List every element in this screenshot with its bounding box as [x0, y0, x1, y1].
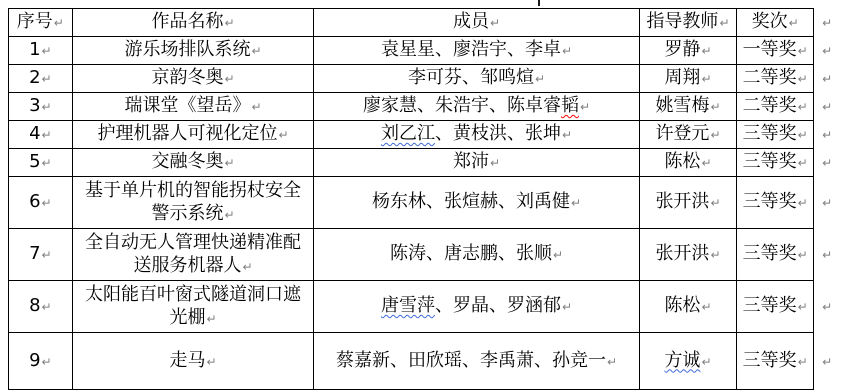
end-of-cell-mark: ↵: [224, 208, 234, 222]
cell-teacher-text: 姚雪梅: [655, 95, 709, 116]
end-of-row-cell: ↵: [814, 121, 842, 149]
cell-no[interactable]: 1↵: [9, 37, 73, 65]
text-segment: 1: [29, 39, 40, 60]
header-label-teacher: 指导教师: [646, 11, 718, 32]
end-of-cell-mark: ↵: [789, 16, 799, 30]
cell-teacher[interactable]: 方诚↵: [639, 333, 737, 390]
end-of-row-mark: ↵: [822, 128, 832, 142]
cell-no-text: 6: [29, 191, 40, 212]
end-of-cell-mark: ↵: [580, 100, 590, 114]
end-of-row-mark: ↵: [822, 44, 832, 58]
end-of-cell-mark: ↵: [798, 156, 808, 170]
text-segment: 走马: [169, 350, 205, 371]
text-segment: 张开洪: [655, 191, 709, 212]
text-segment: 陈涛、唐志鹏、张顺: [390, 243, 552, 264]
cell-title[interactable]: 全自动无人管理快递精准配 送服务机器人↵: [72, 229, 314, 281]
end-of-cell-mark: ↵: [562, 128, 572, 142]
end-of-cell-mark: ↵: [42, 248, 52, 262]
table-row: 2↵京韵冬奥↵李可芬、邹鸣煊↵周翔↵二等奖↵↵: [9, 65, 842, 93]
end-of-cell-mark: ↵: [719, 16, 729, 30]
table-row: 5↵交融冬奥↵郑沛↵陈松↵三等奖↵↵: [9, 149, 842, 177]
cell-teacher[interactable]: 陈松↵: [639, 281, 737, 333]
end-of-cell-mark: ↵: [701, 72, 711, 86]
cell-teacher[interactable]: 周翔↵: [639, 65, 737, 93]
cell-members-text: 袁星星、廖浩宇、李卓: [381, 39, 561, 60]
end-of-row-cell: ↵: [814, 333, 842, 390]
end-of-cell-mark: ↵: [562, 44, 572, 58]
text-segment: 交融冬奥: [151, 151, 223, 172]
end-of-cell-mark: ↵: [42, 156, 52, 170]
table-row: 7↵全自动无人管理快递精准配 送服务机器人↵陈涛、唐志鹏、张顺↵张开洪↵三等奖↵…: [9, 229, 842, 281]
cell-title-text: 护理机器人可视化定位: [97, 123, 277, 144]
end-of-cell-mark: ↵: [278, 128, 288, 142]
cell-award[interactable]: 二等奖↵: [737, 65, 814, 93]
end-of-row-mark: ↵: [822, 248, 832, 262]
cell-title[interactable]: 太阳能百叶窗式隧道洞口遮 光棚↵: [72, 281, 314, 333]
cell-teacher[interactable]: 张开洪↵: [639, 177, 737, 229]
cell-award-text: 三等奖: [743, 350, 797, 371]
header-cell-teacher[interactable]: 指导教师↵: [639, 9, 737, 37]
cell-teacher-text: 陈松: [664, 151, 700, 172]
end-of-cell-mark: ↵: [798, 248, 808, 262]
grammar-underline: 方诚: [664, 350, 700, 371]
cell-no-text: 8: [29, 295, 40, 316]
end-of-cell-mark: ↵: [42, 72, 52, 86]
cell-members[interactable]: 李可芬、邹鸣煊↵: [314, 65, 639, 93]
cell-members[interactable]: 杨东林、张煊赫、刘禹健↵: [314, 177, 639, 229]
end-of-row-mark: ↵: [822, 100, 832, 114]
text-segment: 、黄枝洪、张坤: [435, 123, 561, 144]
cell-title[interactable]: 游乐场排队系统↵: [72, 37, 314, 65]
cell-no[interactable]: 2↵: [9, 65, 73, 93]
end-of-cell-mark: ↵: [42, 355, 52, 369]
end-of-cell-mark: ↵: [224, 16, 234, 30]
table-row: 1↵游乐场排队系统↵袁星星、廖浩宇、李卓↵罗静↵一等奖↵↵: [9, 37, 842, 65]
text-segment: 京韵冬奥: [151, 67, 223, 88]
cell-members-text: 杨东林、张煊赫、刘禹健: [372, 191, 570, 212]
end-of-cell-mark: ↵: [251, 44, 261, 58]
text-segment: 张开洪: [655, 243, 709, 264]
text-segment: 郑沛: [453, 151, 489, 172]
text-segment: 蔡嘉新、田欣瑶、李禹萧、孙竞一: [336, 350, 606, 371]
table-row: 4↵护理机器人可视化定位↵刘乙江、黄枝洪、张坤↵许登元↵三等奖↵↵: [9, 121, 842, 149]
cell-teacher-text: 陈松: [664, 295, 700, 316]
text-segment: 游乐场排队系统: [124, 39, 250, 60]
cell-title[interactable]: 京韵冬奥↵: [72, 65, 314, 93]
cell-title-text: 太阳能百叶窗式隧道洞口遮 光棚: [85, 284, 301, 328]
end-of-cell-mark: ↵: [42, 128, 52, 142]
text-segment: 、罗晶、罗涵郁: [435, 295, 561, 316]
grammar-underline: 唐雪萍: [381, 295, 435, 316]
end-of-row-mark: ↵: [822, 72, 832, 86]
spelling-underline: 韬: [561, 95, 579, 116]
text-segment: 三等奖: [743, 243, 797, 264]
end-of-cell-mark: ↵: [206, 312, 216, 326]
cell-no-text: 1: [29, 39, 40, 60]
text-segment: 李可芬、邹鸣煊: [408, 67, 534, 88]
cell-award[interactable]: 三等奖↵: [737, 121, 814, 149]
table-row: 6↵基于单片机的智能拐杖安全 警示系统↵杨东林、张煊赫、刘禹健↵张开洪↵三等奖↵…: [9, 177, 842, 229]
end-of-cell-mark: ↵: [42, 300, 52, 314]
cell-members-text: 陈涛、唐志鹏、张顺: [390, 243, 552, 264]
end-of-cell-mark: ↵: [710, 128, 720, 142]
text-segment: 三等奖: [743, 191, 797, 212]
text-segment: 基于单片机的智能拐杖安全 警示系统: [85, 180, 301, 224]
cell-no[interactable]: 8↵: [9, 281, 73, 333]
end-of-cell-mark: ↵: [571, 196, 581, 210]
cell-title-text: 交融冬奥: [151, 151, 223, 172]
cell-award-text: 三等奖: [743, 123, 797, 144]
text-segment: 周翔: [664, 67, 700, 88]
end-of-row-cell: ↵: [814, 149, 842, 177]
end-of-row-mark: ↵: [822, 16, 832, 30]
header-cell-title[interactable]: 作品名称↵: [72, 9, 314, 37]
end-of-cell-mark: ↵: [701, 300, 711, 314]
cell-members[interactable]: 唐雪萍、罗晶、罗涵郁↵: [314, 281, 639, 333]
end-of-cell-mark: ↵: [553, 248, 563, 262]
cell-no[interactable]: 6↵: [9, 177, 73, 229]
text-segment: 8: [29, 295, 40, 316]
text-segment: 2: [29, 67, 40, 88]
end-of-row-cell: ↵: [814, 65, 842, 93]
cell-teacher-text: 罗静: [664, 39, 700, 60]
cell-title-text: 游乐场排队系统: [124, 39, 250, 60]
end-of-cell-mark: ↵: [798, 128, 808, 142]
text-caret: [538, 0, 540, 6]
end-of-cell-mark: ↵: [490, 16, 500, 30]
cell-teacher-text: 方诚: [664, 350, 700, 371]
cell-members[interactable]: 陈涛、唐志鹏、张顺↵: [314, 229, 639, 281]
text-segment: 三等奖: [743, 123, 797, 144]
header-label-award: 奖次: [752, 11, 788, 32]
cell-title-text: 全自动无人管理快递精准配 送服务机器人: [85, 232, 301, 276]
end-of-cell-mark: ↵: [42, 100, 52, 114]
cell-members-text: 郑沛: [453, 151, 489, 172]
end-of-cell-mark: ↵: [798, 100, 808, 114]
cell-teacher-text: 张开洪: [655, 191, 709, 212]
text-segment: 6: [29, 191, 40, 212]
end-of-cell-mark: ↵: [710, 248, 720, 262]
text-segment: 一等奖: [743, 39, 797, 60]
end-of-row-cell: ↵: [814, 229, 842, 281]
end-of-cell-mark: ↵: [701, 355, 711, 369]
end-of-cell-mark: ↵: [798, 355, 808, 369]
end-of-row-mark: ↵: [822, 156, 832, 170]
cell-teacher-text: 张开洪: [655, 243, 709, 264]
cell-title-text: 基于单片机的智能拐杖安全 警示系统: [85, 180, 301, 224]
cell-award-text: 二等奖: [743, 67, 797, 88]
text-segment: 杨东林、张煊赫、刘禹健: [372, 191, 570, 212]
table-header-row: 序号↵ 作品名称↵ 成员↵ 指导教师↵ 奖次↵ ↵: [9, 9, 842, 37]
end-of-cell-mark: ↵: [224, 156, 234, 170]
text-segment: 9: [29, 350, 40, 371]
text-segment: 二等奖: [743, 95, 797, 116]
text-segment: 3: [29, 95, 40, 116]
end-of-cell-mark: ↵: [490, 156, 500, 170]
cell-title[interactable]: 交融冬奥↵: [72, 149, 314, 177]
cell-no-text: 7: [29, 243, 40, 264]
end-of-row-mark: ↵: [822, 300, 832, 314]
cell-title[interactable]: 护理机器人可视化定位↵: [72, 121, 314, 149]
header-cell-award[interactable]: 奖次↵: [737, 9, 814, 37]
text-segment: 护理机器人可视化定位: [97, 123, 277, 144]
cell-members[interactable]: 袁星星、廖浩宇、李卓↵: [314, 37, 639, 65]
cell-no[interactable]: 9↵: [9, 333, 73, 390]
cell-title[interactable]: 走马↵: [72, 333, 314, 390]
header-cell-no[interactable]: 序号↵: [9, 9, 73, 37]
document-page: 序号↵ 作品名称↵ 成员↵ 指导教师↵ 奖次↵ ↵ 1↵游乐场排队系统: [0, 0, 842, 392]
cell-award[interactable]: 一等奖↵: [737, 37, 814, 65]
cell-no[interactable]: 7↵: [9, 229, 73, 281]
end-of-row-mark: ↵: [822, 355, 832, 369]
text-segment: 4: [29, 123, 40, 144]
cell-title[interactable]: 瑞课堂《望岳》↵: [72, 93, 314, 121]
text-segment: 全自动无人管理快递精准配 送服务机器人: [85, 232, 301, 276]
cell-members-text: 蔡嘉新、田欣瑶、李禹萧、孙竞一: [336, 350, 606, 371]
cell-members-text: 李可芬、邹鸣煊: [408, 67, 534, 88]
end-of-cell-mark: ↵: [607, 355, 617, 369]
text-segment: 廖家慧、朱浩宇、陈卓睿: [363, 95, 561, 116]
cell-award[interactable]: 二等奖↵: [737, 93, 814, 121]
text-segment: 袁星星、廖浩宇、李卓: [381, 39, 561, 60]
end-of-cell-mark: ↵: [798, 44, 808, 58]
cell-teacher[interactable]: 许登元↵: [639, 121, 737, 149]
cell-members-text: 廖家慧、朱浩宇、陈卓睿韬: [363, 95, 579, 116]
cell-members-text: 刘乙江、黄枝洪、张坤: [381, 123, 561, 144]
table-row: 9↵走马↵蔡嘉新、田欣瑶、李禹萧、孙竞一↵方诚↵三等奖↵↵: [9, 333, 842, 390]
cell-award-text: 三等奖: [743, 191, 797, 212]
cell-members-text: 唐雪萍、罗晶、罗涵郁: [381, 295, 561, 316]
header-label-members: 成员: [453, 11, 489, 32]
cell-members[interactable]: 刘乙江、黄枝洪、张坤↵: [314, 121, 639, 149]
end-of-cell-mark: ↵: [42, 44, 52, 58]
end-of-cell-mark: ↵: [562, 300, 572, 314]
end-of-row-cell: ↵: [814, 9, 842, 37]
cell-award[interactable]: 三等奖↵: [737, 281, 814, 333]
text-segment: 三等奖: [743, 151, 797, 172]
cell-award-text: 一等奖: [743, 39, 797, 60]
cell-teacher-text: 许登元: [655, 123, 709, 144]
text-segment: 陈松: [664, 295, 700, 316]
end-of-cell-mark: ↵: [242, 260, 252, 274]
text-segment: 太阳能百叶窗式隧道洞口遮 光棚: [85, 284, 301, 328]
header-label-no: 序号: [17, 11, 53, 32]
text-segment: 三等奖: [743, 350, 797, 371]
cell-award-text: 三等奖: [743, 295, 797, 316]
end-of-row-cell: ↵: [814, 37, 842, 65]
end-of-cell-mark: ↵: [42, 196, 52, 210]
end-of-row-cell: ↵: [814, 281, 842, 333]
cell-teacher-text: 周翔: [664, 67, 700, 88]
end-of-cell-mark: ↵: [710, 196, 720, 210]
end-of-row-cell: ↵: [814, 93, 842, 121]
cell-title-text: 瑞课堂《望岳》: [124, 95, 250, 116]
cell-title-text: 京韵冬奥: [151, 67, 223, 88]
text-segment: 瑞课堂《望岳》: [124, 95, 250, 116]
cell-award[interactable]: 三等奖↵: [737, 177, 814, 229]
cell-award-text: 二等奖: [743, 95, 797, 116]
cell-members[interactable]: 蔡嘉新、田欣瑶、李禹萧、孙竞一↵: [314, 333, 639, 390]
end-of-cell-mark: ↵: [701, 156, 711, 170]
cell-no-text: 5: [29, 151, 40, 172]
grammar-underline: 刘乙江: [381, 123, 435, 144]
cell-no-text: 4: [29, 123, 40, 144]
end-of-cell-mark: ↵: [798, 196, 808, 210]
cell-no[interactable]: 4↵: [9, 121, 73, 149]
cell-title[interactable]: 基于单片机的智能拐杖安全 警示系统↵: [72, 177, 314, 229]
end-of-cell-mark: ↵: [710, 100, 720, 114]
text-segment: 陈松: [664, 151, 700, 172]
text-segment: 二等奖: [743, 67, 797, 88]
cell-teacher[interactable]: 张开洪↵: [639, 229, 737, 281]
table-body: 1↵游乐场排队系统↵袁星星、廖浩宇、李卓↵罗静↵一等奖↵↵2↵京韵冬奥↵李可芬、…: [9, 37, 842, 390]
cell-title-text: 走马: [169, 350, 205, 371]
cell-no[interactable]: 3↵: [9, 93, 73, 121]
table-row: 3↵瑞课堂《望岳》↵廖家慧、朱浩宇、陈卓睿韬↵姚雪梅↵二等奖↵↵: [9, 93, 842, 121]
cell-members[interactable]: 郑沛↵: [314, 149, 639, 177]
header-label-title: 作品名称: [151, 11, 223, 32]
text-segment: 许登元: [655, 123, 709, 144]
cell-members[interactable]: 廖家慧、朱浩宇、陈卓睿韬↵: [314, 93, 639, 121]
text-segment: 姚雪梅: [655, 95, 709, 116]
text-segment: 罗静: [664, 39, 700, 60]
cell-award-text: 三等奖: [743, 243, 797, 264]
end-of-cell-mark: ↵: [701, 44, 711, 58]
text-segment: 7: [29, 243, 40, 264]
end-of-cell-mark: ↵: [798, 300, 808, 314]
table-row: 8↵太阳能百叶窗式隧道洞口遮 光棚↵唐雪萍、罗晶、罗涵郁↵陈松↵三等奖↵↵: [9, 281, 842, 333]
cell-teacher[interactable]: 姚雪梅↵: [639, 93, 737, 121]
end-of-cell-mark: ↵: [535, 72, 545, 86]
text-segment: 5: [29, 151, 40, 172]
text-segment: 三等奖: [743, 295, 797, 316]
end-of-cell-mark: ↵: [251, 100, 261, 114]
end-of-row-mark: ↵: [822, 196, 832, 210]
cell-teacher[interactable]: 陈松↵: [639, 149, 737, 177]
cell-no-text: 9: [29, 350, 40, 371]
awards-table: 序号↵ 作品名称↵ 成员↵ 指导教师↵ 奖次↵ ↵ 1↵游乐场排队系统: [8, 8, 842, 390]
cell-award-text: 三等奖: [743, 151, 797, 172]
cell-no-text: 3: [29, 95, 40, 116]
end-of-cell-mark: ↵: [224, 72, 234, 86]
end-of-cell-mark: ↵: [206, 355, 216, 369]
header-cell-members[interactable]: 成员↵: [314, 9, 639, 37]
cell-award[interactable]: 三等奖↵: [737, 229, 814, 281]
cell-award[interactable]: 三等奖↵: [737, 333, 814, 390]
cell-no-text: 2: [29, 67, 40, 88]
end-of-cell-mark: ↵: [54, 16, 64, 30]
cell-no[interactable]: 5↵: [9, 149, 73, 177]
end-of-row-cell: ↵: [814, 177, 842, 229]
cell-teacher[interactable]: 罗静↵: [639, 37, 737, 65]
end-of-cell-mark: ↵: [798, 72, 808, 86]
cell-award[interactable]: 三等奖↵: [737, 149, 814, 177]
